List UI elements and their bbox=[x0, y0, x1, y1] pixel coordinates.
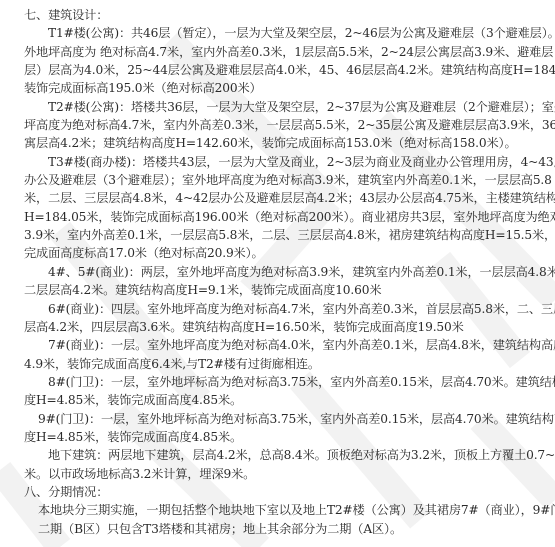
paragraph-line: 8#(门卫)：一层，室外地坪标高为绝对标高3.75米，室内外高差0.15米，层高… bbox=[24, 373, 536, 391]
paragraph-line: 寓层高4.2米；建筑结构高度H=142.60米，装饰完成面标高153.0米（绝对… bbox=[24, 134, 536, 152]
paragraph-line: T3#楼(商办楼)：塔楼共43层，一层为大堂及商业，2~3层为商业及商业办公管理… bbox=[24, 153, 536, 171]
paragraph-line: 米。以市政场地标高3.2米计算，埋深9米。 bbox=[24, 465, 536, 483]
paragraph-line: 4#、5#(商业)：两层，室外地坪高度为绝对标高3.9米，建筑室内外高差0.1米… bbox=[24, 263, 536, 281]
paragraph-line: T2#楼(公寓)：塔楼共36层，一层为大堂及架空层，2~37层为公寓及避难层（2… bbox=[24, 98, 536, 116]
paragraph-line: 度H=4.85米，装饰完成面高度4.85米。 bbox=[24, 391, 536, 409]
paragraph-line: 7#(商业)：一层。室外地坪高度为绝对标高4.0米，室内外高差0.1米，层高4.… bbox=[24, 336, 536, 354]
paragraph-line: 地下建筑：两层地下建筑，层高4.2米，总高8.4米。顶板绝对标高为3.2米，顶板… bbox=[24, 446, 536, 464]
paragraph-line: 3.9米，室内外高差0.1米，一层层高5.8米，二层、三层层高4.8米，裙房建筑… bbox=[24, 226, 536, 244]
section-heading-architecture: 七、建筑设计： bbox=[24, 6, 536, 24]
paragraph-line: 米，二层、三层层高4.8米，4~42层办公及避难层层高4.2米；43层办公层高4… bbox=[24, 189, 536, 207]
section-heading-phasing: 八、分期情况： bbox=[24, 483, 536, 501]
paragraph-line: 4.9米，装饰完成面高度6.4米,与T2#楼有过街廊相连。 bbox=[24, 355, 536, 373]
paragraph-line: 6#(商业)：四层。室外地坪高度为绝对标高4.7米，室内外高差0.3米，首层层高… bbox=[24, 300, 536, 318]
paragraph-line: 外地坪高度为 绝对标高4.7米，室内外高差0.3米，1层层高5.5米，2~24层… bbox=[24, 43, 536, 61]
paragraph-line: H=184.05米，装饰完成面标高196.00米（绝对标高200米）。商业裙房共… bbox=[24, 208, 536, 226]
paragraph-line: 层）层高为4.0米，25~44层公寓及避难层层高4.0米，45、46层层高4.2… bbox=[24, 61, 536, 79]
paragraph-line: 完成面高度标高17.0米（绝对标高20.9米）。 bbox=[24, 244, 536, 262]
paragraph-line: 二期（B区）只包含T3塔楼和其裙房；地上其余部分为二期（A区）。 bbox=[24, 520, 536, 538]
paragraph-line: 二层层高4.2米。建筑结构高度H=9.1米，装饰完成面高度10.60米 bbox=[24, 281, 536, 299]
paragraph-line: 9#(门卫)：一层，室外地坪标高为绝对标高3.75米，室内外高差0.15米，层高… bbox=[24, 410, 536, 428]
paragraph-line: 本地块分三期实施，一期包括整个地块地下室以及地上T2#楼（公寓）及其裙房7#（商… bbox=[24, 501, 536, 519]
paragraph-line: T1#楼(公寓)：共46层（暂定），一层为大堂及架空层，2~46层为公寓及避难层… bbox=[24, 24, 536, 42]
paragraph-line: 办公及避难层（3个避难层）；室外地坪高度为绝对标高3.9米，建筑室内外高差0.1… bbox=[24, 171, 536, 189]
paragraph-line: 装饰完成面标高195.0米（绝对标高200米） bbox=[24, 79, 536, 97]
paragraph-line: 层高4.2米，四层层高3.6米。建筑结构高度H=16.50米，装饰完成面高度19… bbox=[24, 318, 536, 336]
paragraph-line: 坪高度为绝对标高4.7米，室内外高差0.3米，一层层高5.5米，2~35层公寓及… bbox=[24, 116, 536, 134]
document-body: 七、建筑设计： T1#楼(公寓)：共46层（暂定），一层为大堂及架空层，2~46… bbox=[24, 6, 536, 538]
paragraph-line: 度H=4.85米，装饰完成面高度4.85米。 bbox=[24, 428, 536, 446]
